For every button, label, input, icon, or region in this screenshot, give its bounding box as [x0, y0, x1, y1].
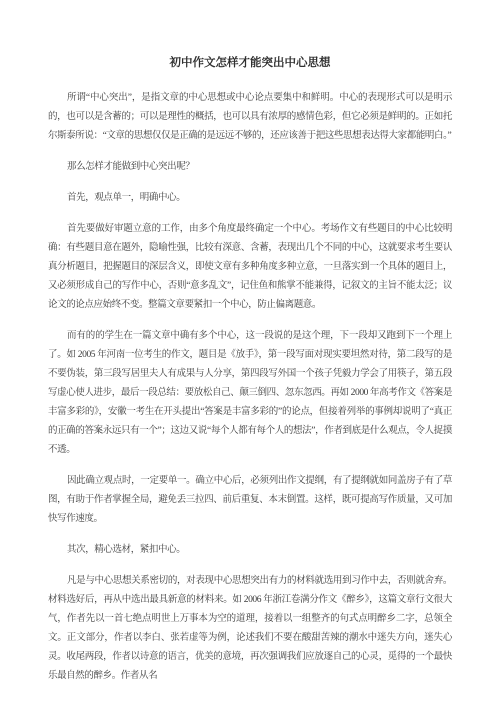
paragraph: 而有的的学生在一篇文章中确有多个中心，这一段说的是这个理，下一段却又跑到下一个理…	[48, 327, 452, 460]
paragraph: 首先，观点单一，明确中心。	[48, 189, 452, 208]
paragraph: 那么怎样才能做到中心突出呢？	[48, 158, 452, 177]
paragraph: 首先要做好审题立意的工作，由多个角度最终确定一个中心。考场作文有些题目的中心比较…	[48, 220, 452, 315]
paragraph: 其次，精心选材，紧扣中心。	[48, 541, 452, 560]
document-page: 初中作文怎样才能突出中心思想 所谓“中心突出”，是指文章的中心思想或中心论点要集…	[0, 0, 500, 707]
paragraph: 因此确立观点时，一定要单一。确立中心后，必须列出作文提纲，有了提纲就如同盖房子有…	[48, 472, 452, 529]
paragraph: 凡是与中心思想关系密切的，对表现中心思想突出有力的材料就选用到习作中去，否则就舍…	[48, 572, 452, 686]
paragraph: 所谓“中心突出”，是指文章的中心思想或中心论点要集中和鲜明。中心的表现形式可以是…	[48, 89, 452, 146]
document-title: 初中作文怎样才能突出中心思想	[48, 54, 452, 73]
